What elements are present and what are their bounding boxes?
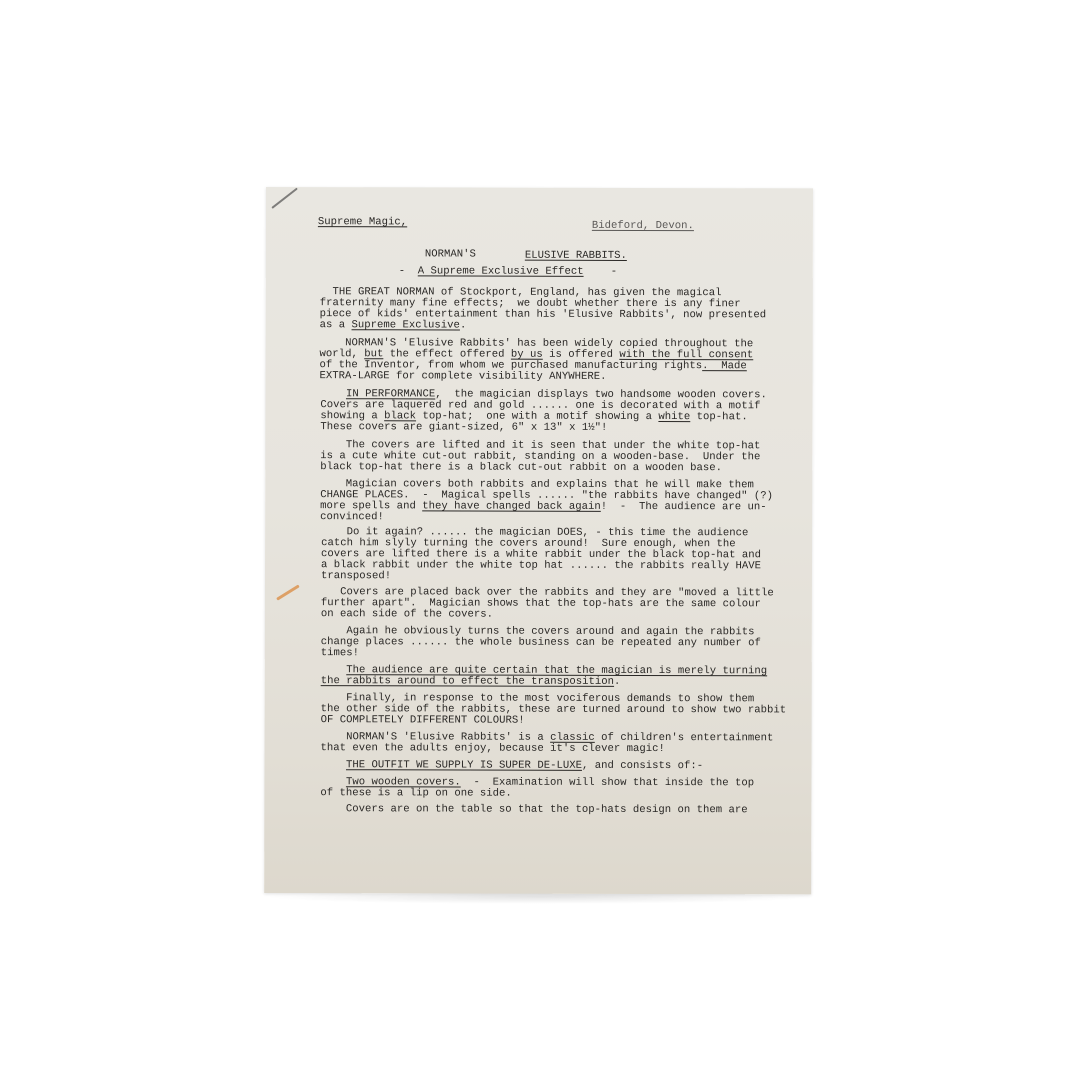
text-line: the rabbits around to effect the transpo… [321,676,621,688]
text-line: EXTRA-LARGE for complete visibility ANYW… [319,371,606,383]
underlined-text: white [658,411,690,423]
subtitle-dash-right: - [611,267,617,278]
underlined-text: they have changed back again [422,500,601,512]
text-line: These covers are giant-sized, 6" x 13" x… [320,422,607,434]
underlined-text: the rabbits around to effect the transpo… [321,675,614,688]
text-line: black top-hat there is a black cut-out r… [320,462,722,474]
underlined-text: THE OUTFIT WE SUPPLY IS SUPER DE-LUXE [346,759,582,772]
text-line: more spells and they have changed back a… [320,501,766,513]
subtitle-dash-left: - [399,266,405,277]
orange-stain [276,584,300,600]
text-line: change places ...... the whole business … [321,637,761,649]
underlined-text: . Made [702,360,747,372]
text-line: OF COMPLETELY DIFFERENT COLOURS! [321,715,525,727]
text-line: of these is a lip on one side. [320,788,511,800]
title-right: ELUSIVE RABBITS. [525,251,627,262]
document-body: THE GREAT NORMAN of Stockport, England, … [266,187,813,188]
text-line: THE OUTFIT WE SUPPLY IS SUPER DE-LUXE, a… [320,760,703,772]
text-line: on each side of the covers. [321,609,493,620]
text-line: transposed! [321,571,391,582]
text-line: as a Supreme Exclusive. [320,320,467,331]
pen-mark [271,188,297,209]
header-company: Supreme Magic, [318,217,407,228]
header-location: Bideford, Devon. [592,221,694,232]
text-line: Covers are on the table so that the top-… [320,804,747,816]
underlined-text: Supreme Exclusive [352,319,460,331]
text-line: times! [321,648,359,659]
text-line: that even the adults enjoy, because it's… [321,743,665,755]
subtitle: A Supreme Exclusive Effect [418,266,584,277]
typed-document-page: Supreme Magic, Bideford, Devon. NORMAN'S… [264,187,813,894]
text-line: convinced! [320,512,384,523]
title-left: NORMAN'S [425,249,476,260]
